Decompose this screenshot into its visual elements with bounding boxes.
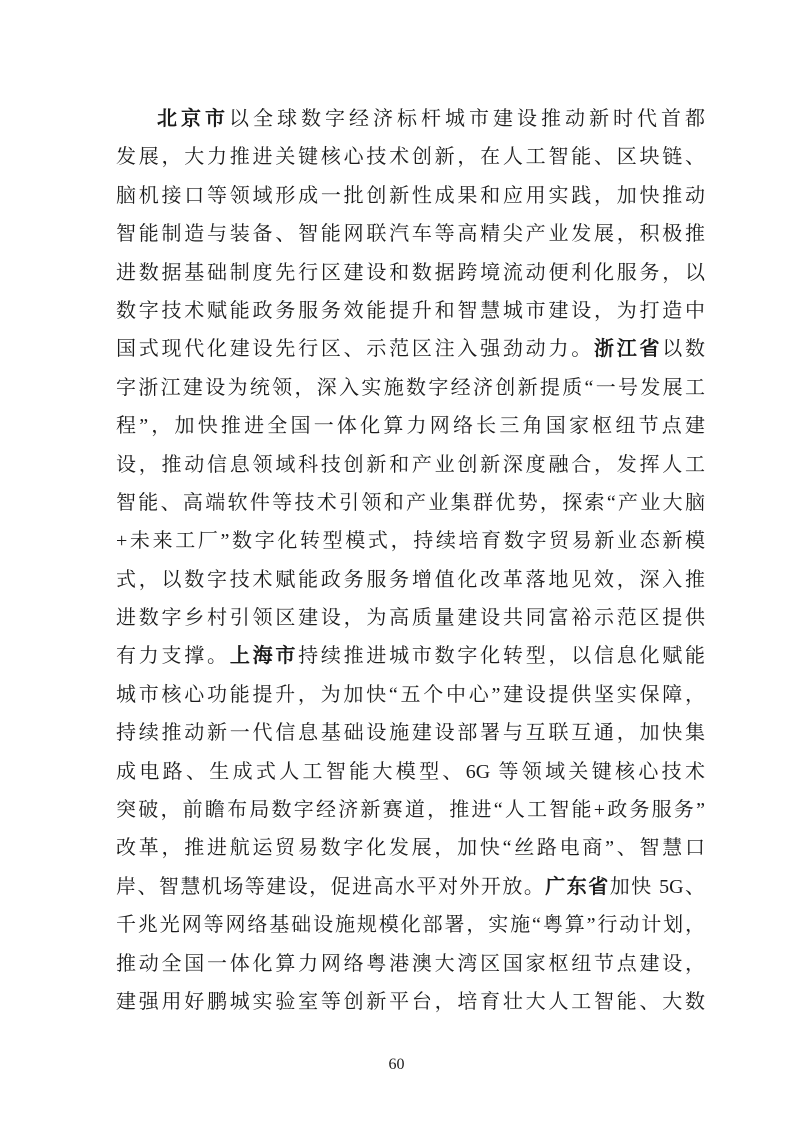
- text-line: 推动全国一体化算力网络粤港澳大湾区国家枢纽节点建设，: [116, 945, 705, 983]
- text-line: 有力支撑。上海市持续推进城市数字化转型，以信息化赋能: [116, 637, 705, 675]
- text-segment: 国式现代化建设先行区、示范区注入强劲动力。: [116, 338, 594, 360]
- text-line: 发展，大力推进关键核心技术创新，在人工智能、区块链、: [116, 138, 705, 176]
- text-segment: 式，以数字技术赋能政务服务增值化改革落地见效，深入推: [116, 569, 705, 591]
- province-name: 广东省: [545, 876, 609, 898]
- text-segment: 改革，推进航运贸易数字化发展，加快“丝路电商”、智慧口: [116, 837, 705, 859]
- province-name: 北京市: [157, 108, 229, 130]
- text-line: 改革，推进航运贸易数字化发展，加快“丝路电商”、智慧口: [116, 829, 705, 867]
- text-segment: 智能、高端软件等技术引领和产业集群优势，探索“产业大脑: [116, 492, 705, 514]
- text-segment: 发展，大力推进关键核心技术创新，在人工智能、区块链、: [116, 146, 705, 168]
- text-line: 城市核心功能提升，为加快“五个中心”建设提供坚实保障，: [116, 676, 705, 714]
- text-line: 智能、高端软件等技术引领和产业集群优势，探索“产业大脑: [116, 484, 705, 522]
- text-segment: 持续推动新一代信息基础设施建设部署与互联互通，加快集: [116, 722, 705, 744]
- text-segment: 智能制造与装备、智能网联汽车等高精尖产业发展，积极推: [116, 223, 705, 245]
- text-line: 脑机接口等领域形成一批创新性成果和应用实践，加快推动: [116, 177, 705, 215]
- text-segment: 岸、智慧机场等建设，促进高水平对外开放。: [116, 876, 545, 898]
- text-line: 程”，加快推进全国一体化算力网络长三角国家枢纽节点建: [116, 407, 705, 445]
- page-body: 北京市以全球数字经济标杆城市建设推动新时代首都发展，大力推进关键核心技术创新，在…: [116, 100, 705, 1021]
- text-segment: 脑机接口等领域形成一批创新性成果和应用实践，加快推动: [116, 185, 705, 207]
- text-line: 设，推动信息领域科技创新和产业创新深度融合，发挥人工: [116, 446, 705, 484]
- text-line: +未来工厂”数字化转型模式，持续培育数字贸易新业态新模: [116, 522, 705, 560]
- text-line: 智能制造与装备、智能网联汽车等高精尖产业发展，积极推: [116, 215, 705, 253]
- text-line: 持续推动新一代信息基础设施建设部署与互联互通，加快集: [116, 714, 705, 752]
- province-name: 浙江省: [594, 338, 662, 360]
- text-line: 成电路、生成式人工智能大模型、6G 等领域关键核心技术: [116, 753, 705, 791]
- text-line: 数字技术赋能政务服务效能提升和智慧城市建设，为打造中: [116, 292, 705, 330]
- page-footer: 60: [0, 1056, 793, 1074]
- text-line: 突破，前瞻布局数字经济新赛道，推进“人工智能+政务服务”: [116, 791, 705, 829]
- text-line: 进数字乡村引领区建设，为高质量建设共同富裕示范区提供: [116, 599, 705, 637]
- text-segment: 推动全国一体化算力网络粤港澳大湾区国家枢纽节点建设，: [116, 953, 705, 975]
- text-segment: 以全球数字经济标杆城市建设推动新时代首都: [229, 108, 705, 130]
- text-segment: 城市核心功能提升，为加快“五个中心”建设提供坚实保障，: [116, 684, 705, 706]
- text-segment: 进数字乡村引领区建设，为高质量建设共同富裕示范区提供: [116, 607, 705, 629]
- text-segment: 有力支撑。: [116, 645, 230, 667]
- text-segment: 突破，前瞻布局数字经济新赛道，推进“人工智能+政务服务”: [116, 799, 705, 821]
- text-line: 式，以数字技术赋能政务服务增值化改革落地见效，深入推: [116, 561, 705, 599]
- text-segment: 千兆光网等网络基础设施规模化部署，实施“粤算”行动计划，: [116, 914, 705, 936]
- page-number: 60: [389, 1056, 405, 1073]
- text-line: 北京市以全球数字经济标杆城市建设推动新时代首都: [116, 100, 705, 138]
- text-segment: 以数: [662, 338, 705, 360]
- text-segment: 成电路、生成式人工智能大模型、6G 等领域关键核心技术: [116, 761, 705, 783]
- text-segment: 字浙江建设为统领，深入实施数字经济创新提质“一号发展工: [116, 377, 705, 399]
- text-line: 岸、智慧机场等建设，促进高水平对外开放。广东省加快 5G、: [116, 868, 705, 906]
- text-segment: 进数据基础制度先行区建设和数据跨境流动便利化服务，以: [116, 262, 705, 284]
- province-name: 上海市: [230, 645, 298, 667]
- text-line: 字浙江建设为统领，深入实施数字经济创新提质“一号发展工: [116, 369, 705, 407]
- text-line: 进数据基础制度先行区建设和数据跨境流动便利化服务，以: [116, 254, 705, 292]
- text-line: 建强用好鹏城实验室等创新平台，培育壮大人工智能、大数: [116, 983, 705, 1021]
- text-segment: 数字技术赋能政务服务效能提升和智慧城市建设，为打造中: [116, 300, 705, 322]
- text-segment: 程”，加快推进全国一体化算力网络长三角国家枢纽节点建: [116, 415, 705, 437]
- text-line: 千兆光网等网络基础设施规模化部署，实施“粤算”行动计划，: [116, 906, 705, 944]
- text-segment: 设，推动信息领域科技创新和产业创新深度融合，发挥人工: [116, 454, 705, 476]
- text-segment: 持续推进城市数字化转型，以信息化赋能: [298, 645, 705, 667]
- text-segment: 建强用好鹏城实验室等创新平台，培育壮大人工智能、大数: [116, 991, 705, 1013]
- text-line: 国式现代化建设先行区、示范区注入强劲动力。浙江省以数: [116, 330, 705, 368]
- document-page: 北京市以全球数字经济标杆城市建设推动新时代首都发展，大力推进关键核心技术创新，在…: [0, 0, 793, 1122]
- text-segment: 加快 5G、: [610, 876, 705, 898]
- text-segment: +未来工厂”数字化转型模式，持续培育数字贸易新业态新模: [116, 530, 705, 552]
